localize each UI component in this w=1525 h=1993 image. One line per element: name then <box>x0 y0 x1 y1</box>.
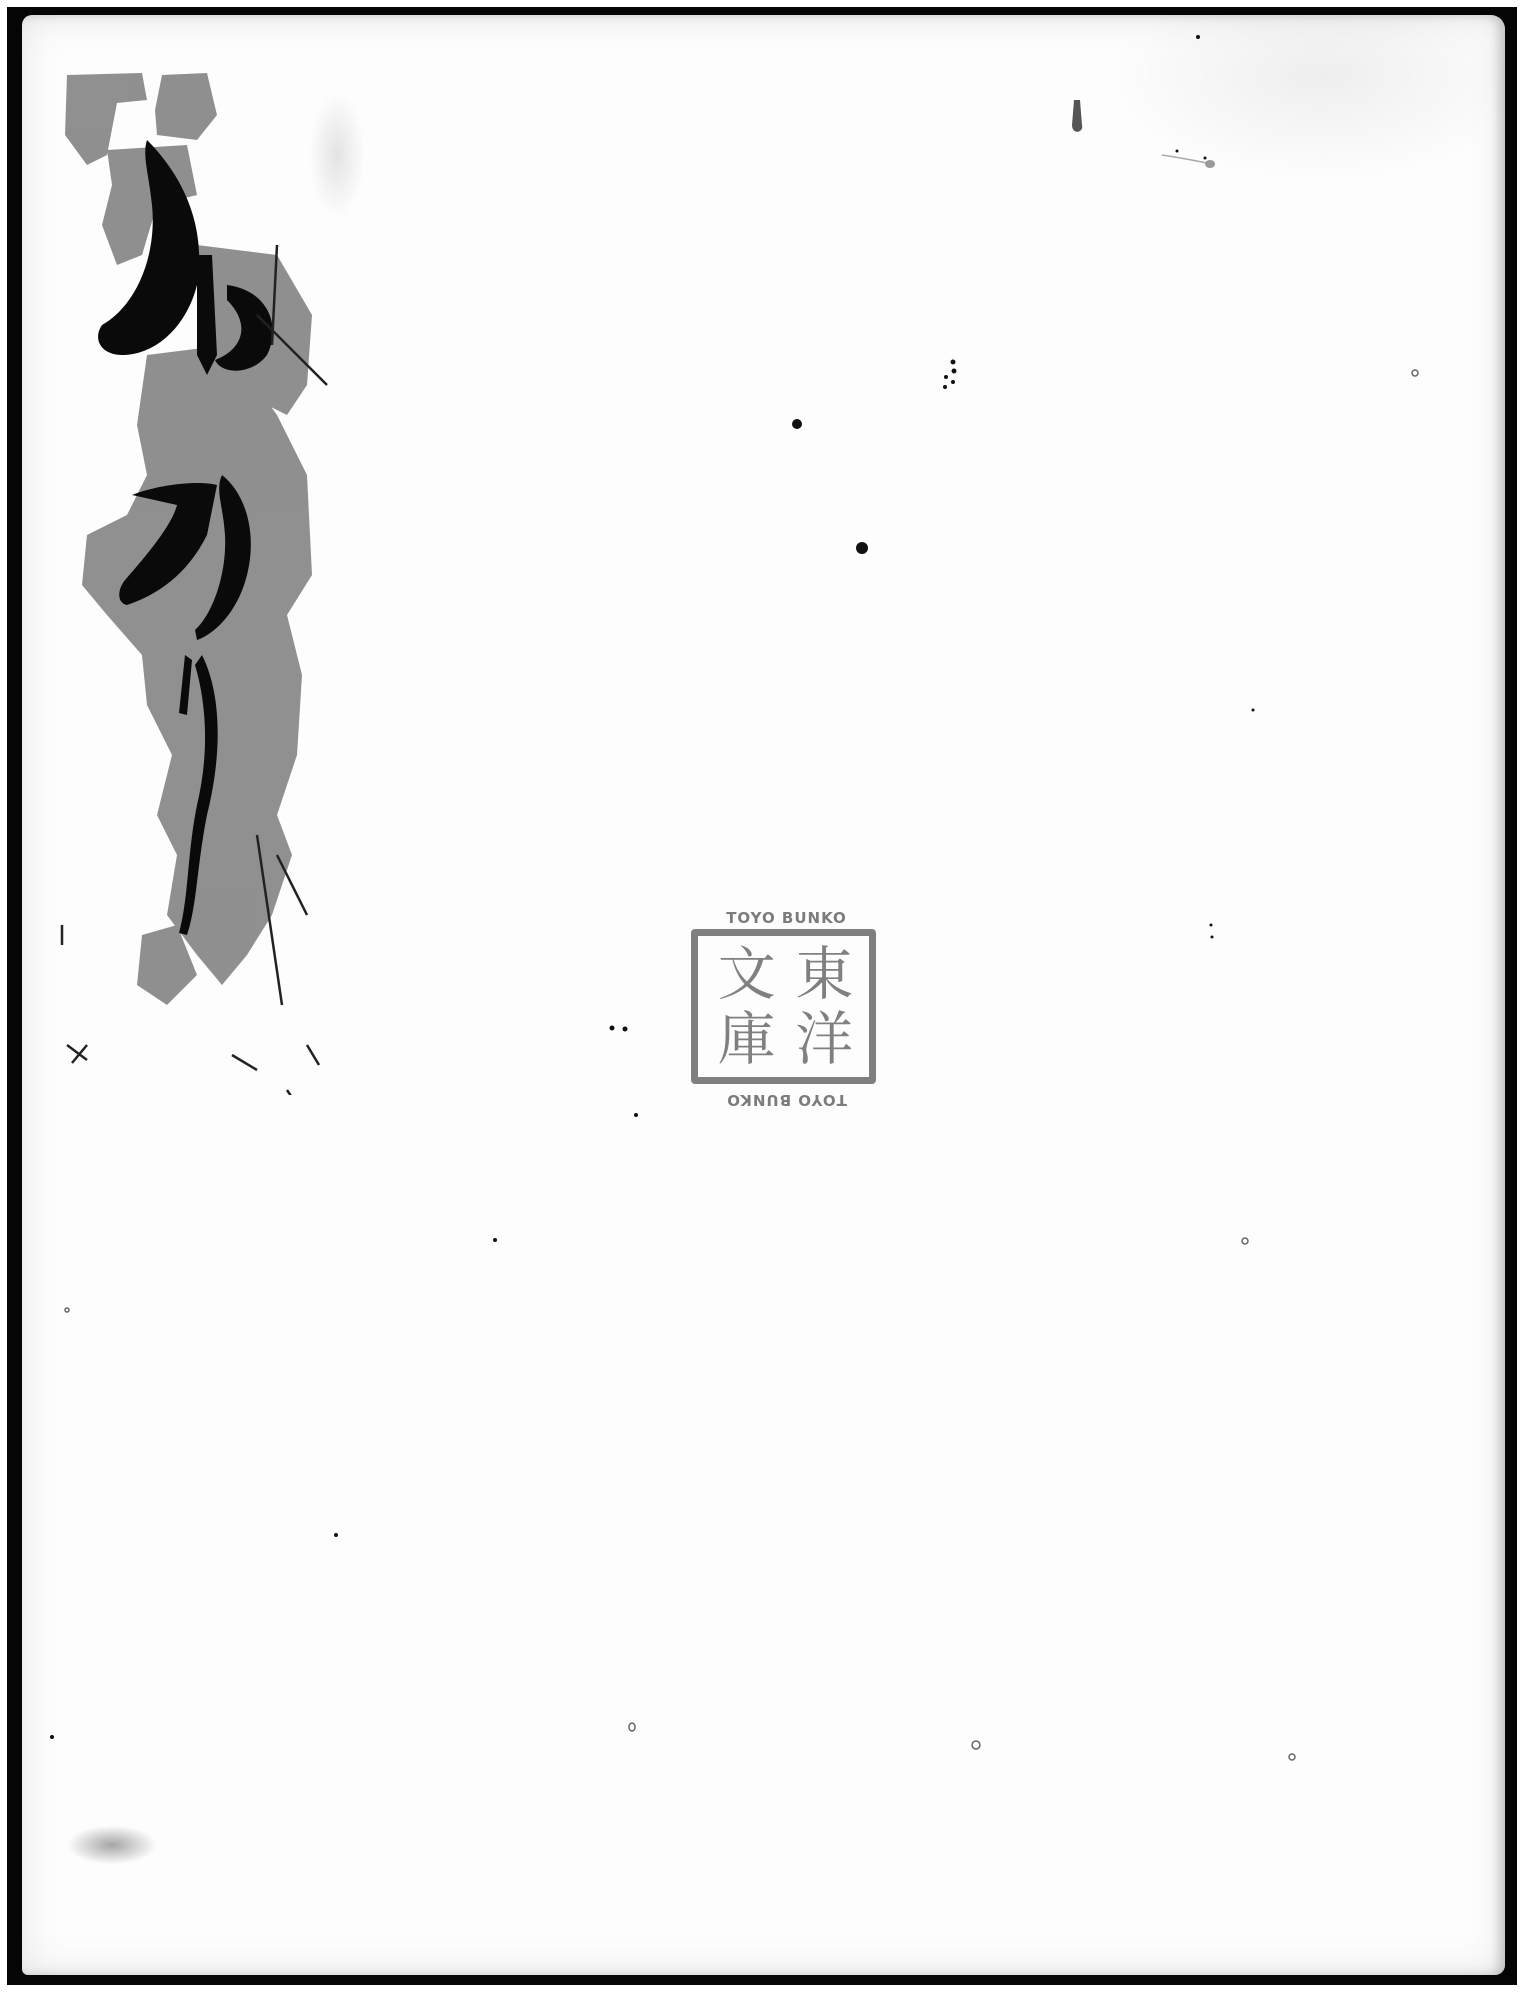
toyo-bunko-stamp: TOYO BUNKO 文 東 庫 洋 TOYO BUNKO <box>689 909 884 1109</box>
title-slip: …乃… <box>47 55 337 1095</box>
stamp-seal: 文 東 庫 洋 <box>691 929 876 1084</box>
book-cover: …乃… <box>22 15 1505 1975</box>
stamp-char: 庫 <box>708 1007 786 1072</box>
stamp-label-bottom: TOYO BUNKO <box>689 1091 884 1109</box>
stamp-label-top: TOYO BUNKO <box>689 909 884 927</box>
stamp-char: 東 <box>786 942 864 1007</box>
stamp-char: 洋 <box>786 1007 864 1072</box>
title-calligraphy <box>47 55 337 1095</box>
stamp-char: 文 <box>708 942 786 1007</box>
